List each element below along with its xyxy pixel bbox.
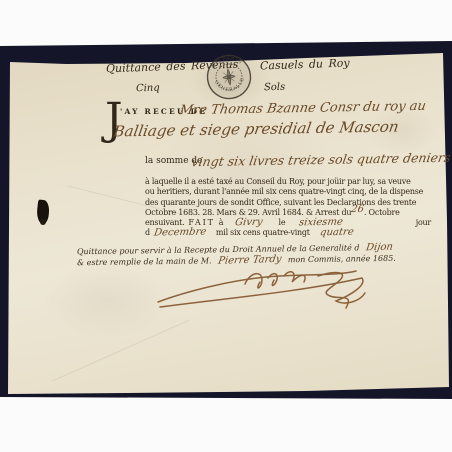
handwritten-payer-name: Mre Thomas Bzanne Consr du roy au [178,99,427,118]
body-line-4-printed-end: . Octobre [364,208,400,217]
le-label: le [279,218,286,228]
handwritten-payer-office: Balliage et siege presidial de Mascon [112,118,400,141]
body-line-2: ou heritiers, durant l'année mil six cen… [145,187,431,197]
jour-label: jour [416,218,431,228]
d-label: d [145,228,150,238]
handwritten-generalite: Dijon [365,243,393,254]
body-line-4-printed: Octobre 1683. 28. Mars & 29. Avril 1684.… [145,208,351,217]
body-paragraph: à laquelle il a esté taxé au Conseil du … [145,177,431,239]
ink-blot-small [40,219,46,225]
handwritten-year: quatre [319,228,354,239]
photo-of-historical-receipt: Quittance des Revenus Casuels du Roy Cin… [0,0,452,452]
handwritten-place: Givry [234,218,263,229]
denomination-sols: Sols [264,82,285,94]
body-line-1: à laquelle il a esté taxé au Conseil du … [145,177,431,187]
signature-flourish-icon [150,262,375,320]
year-printed: mil six cens quatre-vingt [216,228,310,238]
paper-crease [52,320,189,382]
body-line-4: Octobre 1683. 28. Mars & 29. Avril 1684.… [145,208,431,218]
handwritten-month: Decembre [153,228,207,239]
fait-a-label: à [219,218,224,228]
handwritten-arrest-day: 26 [350,205,364,216]
generalite-seal-icon: DE PARIS GENERALLE [203,51,255,103]
handwritten-sum-amount: vingt six livres treize sols quatre deni… [190,150,451,170]
body-line-6: d Decembre mil six cens quatre-vingt qua… [145,228,431,238]
denomination-cinq: Cinq [136,83,160,95]
body-line-3: des quarante jours de sondit Office, sui… [145,198,431,208]
